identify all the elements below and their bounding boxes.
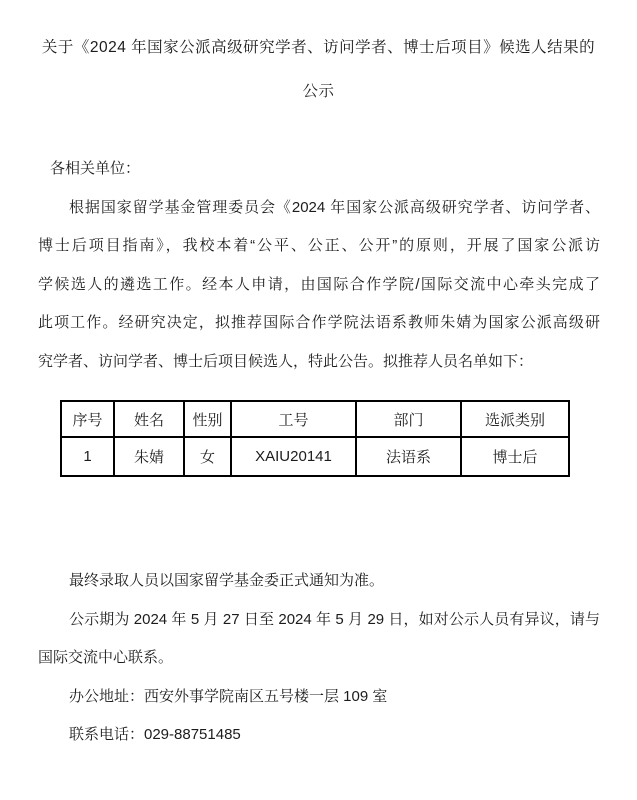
document-title-line-1: 关于《2024 年国家公派高级研究学者、访问学者、博士后项目》候选人结果的 [40,26,597,70]
note-publicity-period: 公示期为 2024 年 5 月 27 日至 2024 年 5 月 29 日，如对… [38,601,600,678]
body-line-5: 究学者、访问学者、博士后项目候选人，特此公告。拟推荐人员名单如下： [38,343,600,382]
col-header-index: 序号 [61,401,114,437]
note-final-admission: 最终录取人员以国家留学基金委正式通知为准。 [38,562,600,601]
note-office-address: 办公地址：西安外事学院南区五号楼一层 109 室 [38,678,600,717]
body-line-3: 学候选人的遴选工作。经本人申请，由国际合作学院/国际交流中心牵头完成了 [38,266,600,305]
cell-category: 博士后 [461,437,569,476]
body-line-1: 根据国家留学基金管理委员会《2024 年国家公派高级研究学者、访问学者、 [38,189,600,228]
cell-employee-id: XAIU20141 [231,437,356,476]
salutation: 各相关单位： [38,150,600,189]
table-row: 1 朱婧 女 XAIU20141 法语系 博士后 [61,437,569,476]
note-contact-phone: 联系电话：029-88751485 [38,716,600,755]
document-body: 各相关单位： 根据国家留学基金管理委员会《2024 年国家公派高级研究学者、访问… [38,150,600,382]
notes-section: 最终录取人员以国家留学基金委正式通知为准。 公示期为 2024 年 5 月 27… [38,562,600,755]
document-title-line-2: 公示 [40,70,597,114]
col-header-department: 部门 [356,401,461,437]
document-page: 关于《2024 年国家公派高级研究学者、访问学者、博士后项目》候选人结果的 公示… [0,0,637,800]
document-title: 关于《2024 年国家公派高级研究学者、访问学者、博士后项目》候选人结果的 公示 [40,26,597,114]
cell-gender: 女 [184,437,231,476]
col-header-name: 姓名 [114,401,184,437]
cell-name: 朱婧 [114,437,184,476]
col-header-category: 选派类别 [461,401,569,437]
cell-index: 1 [61,437,114,476]
col-header-employee-id: 工号 [231,401,356,437]
table-header-row: 序号 姓名 性别 工号 部门 选派类别 [61,401,569,437]
body-line-4: 此项工作。经研究决定，拟推荐国际合作学院法语系教师朱婧为国家公派高级研 [38,304,600,343]
cell-department: 法语系 [356,437,461,476]
candidates-table: 序号 姓名 性别 工号 部门 选派类别 1 朱婧 女 XAIU20141 法语系… [60,400,570,477]
col-header-gender: 性别 [184,401,231,437]
body-line-2: 博士后项目指南》，我校本着“公平、公正、公开”的原则，开展了国家公派访 [38,227,600,266]
